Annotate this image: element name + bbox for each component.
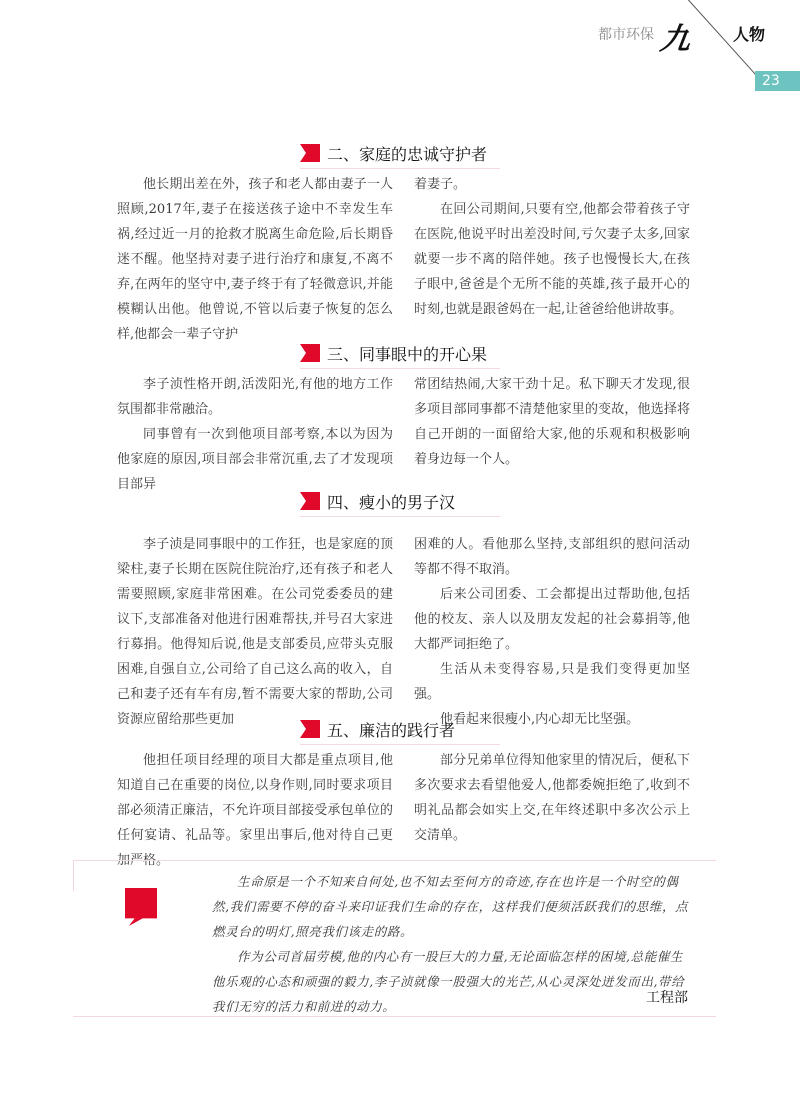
section-title: 三、同事眼中的开心果	[327, 342, 487, 365]
article-column-right: 困难的人。看他那么坚持,支部组织的慰问活动等都不得不取消。 后来公司团委、工会都…	[414, 532, 690, 732]
section-title: 四、瘦小的男子汉	[327, 490, 455, 513]
magazine-logo-icon: 九	[658, 14, 694, 58]
paragraph: 他担任项目经理的项目大都是重点项目,他知道自己在重要的岗位,以身作则,同时要求项…	[117, 748, 393, 873]
paragraph: 在回公司期间,只要有空,他都会带着孩子守在医院,他说平时出差没时间,亏欠妻子太多…	[414, 197, 690, 322]
page-number: 23	[755, 71, 800, 91]
section-title: 五、廉洁的践行者	[327, 718, 455, 741]
section-heading: 二、家庭的忠诚守护者	[300, 140, 500, 169]
section-name: 人物	[733, 22, 765, 45]
quote-paragraph: 作为公司首届劳模,他的内心有一股巨大的力量,无论面临怎样的困境,总能催生他乐观的…	[212, 944, 692, 1019]
quote-paragraph: 生命原是一个不知来自何处,也不知去至何方的奇迹,存在也许是一个时空的偶然,我们需…	[212, 869, 692, 944]
quote-text: 生命原是一个不知来自何处,也不知去至何方的奇迹,存在也许是一个时空的偶然,我们需…	[212, 869, 692, 1019]
section-heading: 五、廉洁的践行者	[300, 716, 500, 745]
paragraph: 李子浈性格开朗,活泼阳光,有他的地方工作氛围都非常融洽。	[117, 372, 393, 422]
article-column-left: 他长期出差在外，孩子和老人都由妻子一人照顾,2017年,妻子在接送孩子途中不幸发…	[117, 172, 393, 347]
paragraph: 同事曾有一次到他项目部考察,本以为因为他家庭的原因,项目部会非常沉重,去了才发现…	[117, 422, 393, 497]
closing-quote-box: 生命原是一个不知来自何处,也不知去至何方的奇迹,存在也许是一个时空的偶然,我们需…	[73, 860, 716, 1017]
article-column-right: 部分兄弟单位得知他家里的情况后，便私下多次要求去看望他爱人,他都委婉拒绝了,收到…	[414, 748, 690, 848]
article-column-left: 李子浈性格开朗,活泼阳光,有他的地方工作氛围都非常融洽。 同事曾有一次到他项目部…	[117, 372, 393, 497]
author-signature: 工程部	[646, 987, 688, 1007]
section-flag-icon	[300, 344, 320, 362]
paragraph: 着妻子。	[414, 172, 690, 197]
paragraph: 部分兄弟单位得知他家里的情况后，便私下多次要求去看望他爱人,他都委婉拒绝了,收到…	[414, 748, 690, 848]
section-flag-icon	[300, 720, 320, 738]
section-heading: 四、瘦小的男子汉	[300, 488, 500, 517]
paragraph: 生活从未变得容易,只是我们变得更加坚强。	[414, 657, 690, 707]
paragraph: 常团结热闹,大家干劲十足。私下聊天才发现,很多项目部同事都不清楚他家里的变故，他…	[414, 372, 690, 472]
magazine-name: 都市环保	[598, 24, 654, 44]
paragraph: 李子浈是同事眼中的工作狂，也是家庭的顶梁柱,妻子长期在医院住院治疗,还有孩子和老…	[117, 532, 393, 732]
paragraph: 后来公司团委、工会都提出过帮助他,包括他的校友、亲人以及朋友发起的社会募捐等,他…	[414, 582, 690, 657]
article-column-left: 他担任项目经理的项目大都是重点项目,他知道自己在重要的岗位,以身作则,同时要求项…	[117, 748, 393, 873]
paragraph: 困难的人。看他那么坚持,支部组织的慰问活动等都不得不取消。	[414, 532, 690, 582]
section-heading: 三、同事眼中的开心果	[300, 340, 500, 369]
section-flag-icon	[300, 492, 320, 510]
section-flag-icon	[300, 144, 320, 162]
article-column-right: 常团结热闹,大家干劲十足。私下聊天才发现,很多项目部同事都不清楚他家里的变故，他…	[414, 372, 690, 472]
paragraph: 他长期出差在外，孩子和老人都由妻子一人照顾,2017年,妻子在接送孩子途中不幸发…	[117, 172, 393, 347]
quote-border-left	[73, 861, 74, 891]
section-title: 二、家庭的忠诚守护者	[327, 142, 487, 165]
speech-bubble-icon	[125, 888, 157, 926]
article-column-left: 李子浈是同事眼中的工作狂，也是家庭的顶梁柱,妻子长期在医院住院治疗,还有孩子和老…	[117, 532, 393, 732]
article-column-right: 着妻子。 在回公司期间,只要有空,他都会带着孩子守在医院,他说平时出差没时间,亏…	[414, 172, 690, 322]
